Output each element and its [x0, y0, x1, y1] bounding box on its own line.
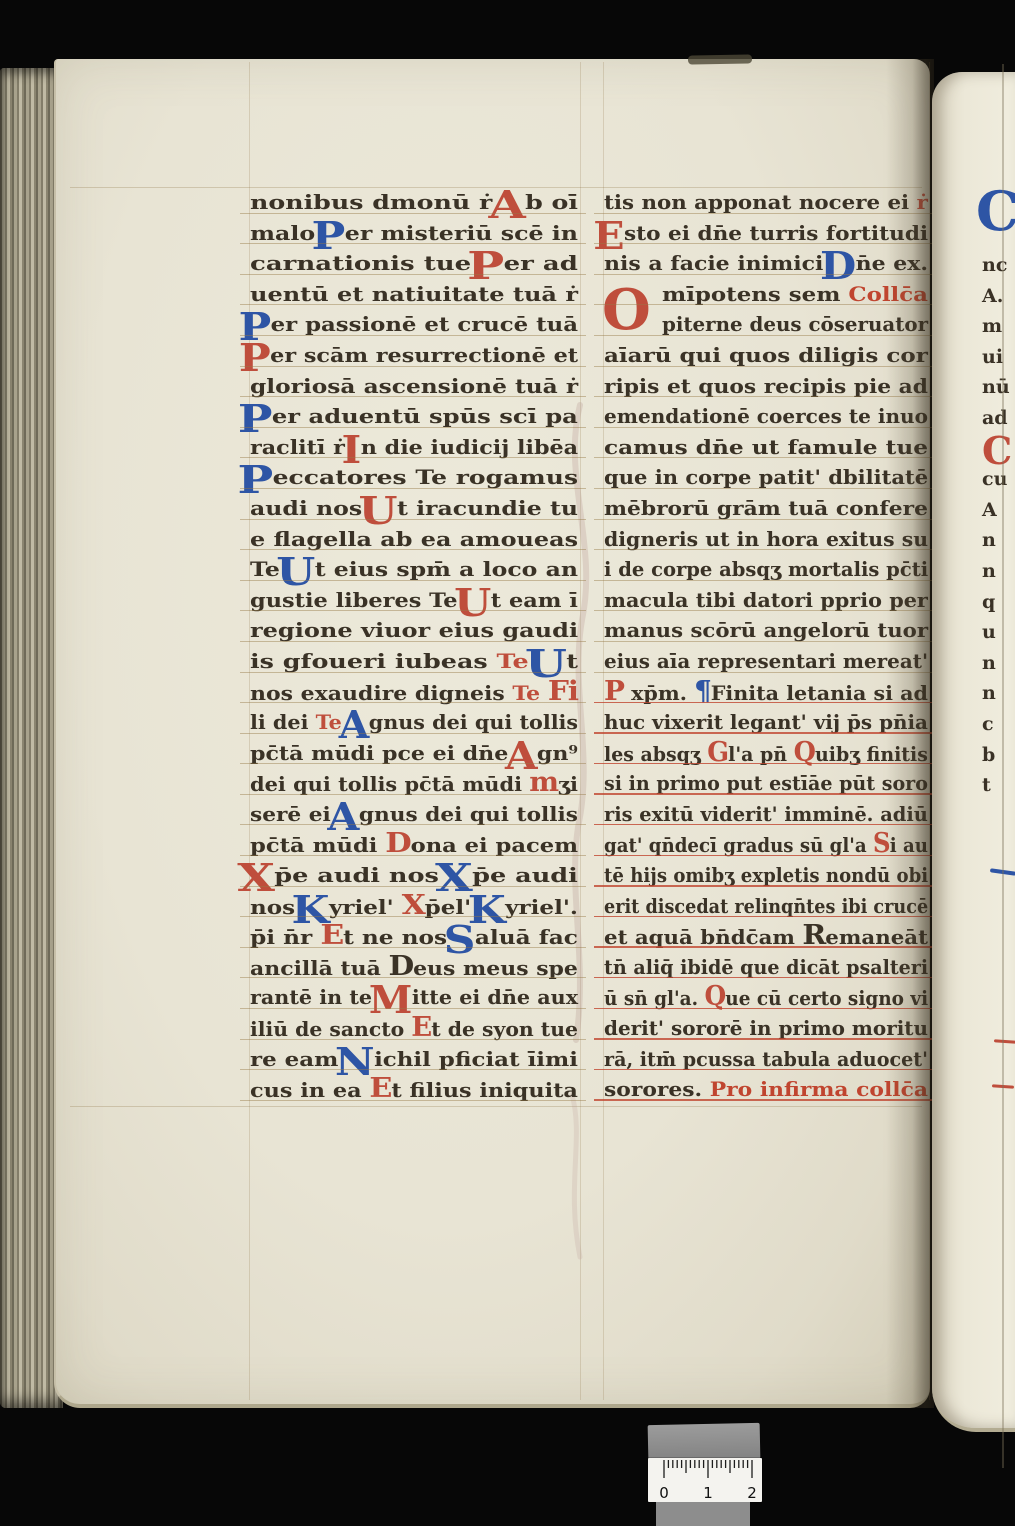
text-segment: emaneāt	[825, 925, 928, 949]
next-page-fragment: t	[982, 770, 1015, 801]
manuscript-line: manus scōrū angelorū tuor	[604, 615, 930, 646]
manuscript-line: eius aīa representari mereat'	[604, 646, 930, 677]
manuscript-line: Esto ei dn̄e turris fortitudi	[604, 218, 930, 249]
text-segment: pc̄tā mūdi pce ei dn̄e	[250, 741, 516, 765]
text-segment: re eam	[250, 1047, 346, 1071]
next-page-fragment: n	[982, 525, 1015, 556]
manuscript-line: i de corpe absqʒ mortalis pc̄ti	[604, 554, 930, 585]
next-page-fragment: m	[982, 311, 1015, 342]
manuscript-line: aīarū qui quos diligis cor	[604, 340, 930, 371]
manuscript-line: ripis et quos recipis pie ad	[604, 371, 930, 402]
text-segment: huc vixerit legant' vij p̄s pn̄ia	[604, 710, 928, 734]
text-segment: er aduentū spūs scī pa	[272, 404, 578, 428]
text-segment: gnus dei qui tollis	[359, 802, 578, 826]
manuscript-line: tn̄ aliq̄ ibidē que dicāt psalteri	[604, 952, 930, 983]
text-segment: n die iudicij libēa	[361, 435, 578, 459]
next-page-fragment: n	[982, 678, 1015, 709]
manuscript-line: nos exaudire digneis Te Fi	[250, 677, 580, 708]
text-segment: t	[566, 649, 578, 673]
manuscript-line: les absqʒ Gl'a pn̄ Quibʒ finitis	[604, 738, 930, 769]
manuscript-line: is gfoueri iubeas Te Ut	[250, 646, 580, 677]
cm-scale-ticks: 012	[648, 1458, 762, 1502]
text-segment: gustie liberes Te	[250, 588, 465, 612]
manuscript-line: gloriosā ascensionē tuā ṙ	[250, 371, 580, 402]
manuscript-line: pc̄tā mūdi Dona ei pacem	[250, 829, 580, 860]
text-segment: ue cū certo signo vi	[725, 986, 928, 1010]
text-segment: derit' sororē in primo moritu	[604, 1016, 928, 1040]
text-segment: mēbrorū grām tuā confere	[604, 496, 928, 520]
manuscript-line: piterne deus cōseruator	[604, 309, 930, 340]
text-segment: yriel'.	[505, 895, 578, 919]
text-segment: pc̄tā mūdi	[250, 833, 385, 857]
next-page-fragment: ui	[982, 342, 1015, 373]
manuscript-line: macula tibi datori pprio per	[604, 585, 930, 616]
manuscript-line: tis non apponat nocere ei ṙ	[604, 187, 930, 218]
manuscript-line: huc vixerit legant' vij p̄s pn̄ia	[604, 707, 930, 738]
manuscript-line: emendationē coerces te inuo	[604, 401, 930, 432]
text-segment: audi nos	[250, 496, 370, 520]
manuscript-line: P xp̄m. ¶Finita letania si ad	[604, 677, 930, 708]
text-segment: E	[320, 920, 343, 951]
text-segment: itte ei dn̄e aux	[412, 985, 578, 1009]
text-segment: aluā fac	[475, 925, 578, 949]
manuscript-line: malo Per misteriū scē in	[250, 218, 580, 249]
text-segment: tē hijs omibʒ expletis nondū obi	[604, 863, 928, 887]
manuscript-line: audi nos Ut iracundie tu	[250, 493, 580, 524]
text-segment: gloriosā ascensionē tuā ṙ	[250, 374, 578, 398]
text-segment: m	[529, 767, 558, 798]
text-segment: p̄e audi	[472, 863, 578, 887]
manuscript-line: erit discedat relinqn̄tes ibi crucē	[604, 891, 930, 922]
manuscript-line: tē hijs omibʒ expletis nondū obi	[604, 860, 930, 891]
manuscript-line: Per aduentū spūs scī pa	[250, 401, 580, 432]
manuscript-line: gustie liberes Te Ut eam ī	[250, 585, 580, 616]
next-page-fragment: n	[982, 648, 1015, 679]
text-segment: e flagella ab ea amoueas	[250, 527, 578, 551]
text-segment: aīarū qui quos diligis cor	[604, 343, 928, 367]
text-segment: ū sn̄ gl'a.	[604, 986, 704, 1010]
manuscript-line: dei qui tollis pc̄tā mūdi mʒi	[250, 768, 580, 799]
manuscript-line: rantē in te Mitte ei dn̄e aux	[250, 982, 580, 1013]
text-segment: i de corpe absqʒ mortalis pc̄ti	[604, 557, 928, 581]
text-segment: Collc̄a	[848, 282, 928, 306]
manuscript-line: serē ei Agnus dei qui tollis	[250, 799, 580, 830]
manuscript-line: cus in ea Et filius iniquita	[250, 1074, 580, 1105]
text-segment: ripis et quos recipis pie ad	[604, 374, 928, 398]
next-page-fragment: n	[982, 556, 1015, 587]
ruler-number: 0	[659, 1484, 669, 1502]
text-segment: rantē in te	[250, 985, 379, 1009]
text-segment: l'a pn̄	[728, 742, 793, 766]
manuscript-line: que in corpe patit' dbilitatē	[604, 462, 930, 493]
text-segment: Finita letania si ad	[711, 681, 928, 705]
text-segment: X	[402, 890, 425, 921]
text-segment: piterne deus cōseruator	[662, 312, 928, 336]
right-text-column: tis non apponat nocere ei ṙEsto ei dn̄e …	[604, 187, 930, 1105]
text-segment: li dei	[250, 710, 316, 734]
manuscript-line: raclitī ṙ In die iudicij libēa	[250, 432, 580, 463]
manuscript-line: gat' qn̄decī gradus sū gl'a Si au	[604, 829, 930, 860]
ruler-gray-foot	[656, 1502, 750, 1526]
manuscript-line: mēbrorū grām tuā confere	[604, 493, 930, 524]
text-segment: macula tibi datori pprio per	[604, 588, 928, 612]
text-segment: manus scōrū angelorū tuor	[604, 618, 928, 642]
manuscript-line: et aquā bn̄dc̄am Remaneāt	[604, 921, 930, 952]
next-page-fragment: A	[982, 495, 1015, 526]
text-segment: cus in ea	[250, 1078, 369, 1102]
ruler-gray-tab	[648, 1423, 761, 1461]
text-segment: yriel'	[329, 895, 402, 919]
ruler: 012	[646, 1424, 766, 1526]
text-segment: p̄e audi nos	[274, 863, 448, 887]
text-segment: Q	[794, 737, 815, 768]
manuscript-line: Te Ut eius spm̄ a loco an	[250, 554, 580, 585]
text-segment: nonibus dmonū ṙ	[250, 190, 501, 214]
text-segment: serē ei	[250, 802, 338, 826]
manuscript-line: carnationis tue Per ad	[250, 248, 580, 279]
ruler-scale: 012	[648, 1458, 762, 1502]
text-segment: eius aīa representari mereat'	[604, 649, 928, 673]
next-page-initial: C	[976, 184, 1015, 238]
text-segment: carnationis tue	[250, 251, 480, 275]
text-segment: tn̄ aliq̄ ibidē que dicāt psalteri	[604, 955, 928, 979]
text-segment: ṙ	[917, 190, 928, 214]
text-segment: gnus dei qui tollis	[369, 710, 578, 734]
text-segment: Te	[512, 681, 547, 705]
text-segment: uibʒ finitis	[815, 742, 928, 766]
text-segment: E	[369, 1073, 391, 1104]
manuscript-line: derit' sororē in primo moritu	[604, 1013, 930, 1044]
next-page-fragment: c	[982, 709, 1015, 740]
text-segment: les absqʒ	[604, 742, 707, 766]
text-segment: nos exaudire digneis	[250, 681, 512, 705]
text-segment: et aquā bn̄dc̄am	[604, 925, 802, 949]
manuscript-line: si in primo put estīāe pūt soro	[604, 768, 930, 799]
text-segment: Q	[704, 981, 725, 1012]
next-page-fragment: nc	[982, 250, 1015, 281]
manuscript-line: Peccatores Te rogamus	[250, 462, 580, 493]
text-segment: que in corpe patit' dbilitatē	[604, 465, 928, 489]
page-curl-edge	[1002, 64, 1004, 1468]
text-segment: R	[802, 920, 825, 951]
manuscript-line: iliū de sancto Et de syon tue	[250, 1013, 580, 1044]
text-segment: ¶	[694, 676, 711, 707]
text-segment: t filius iniquita	[391, 1078, 578, 1102]
text-segment: tis non apponat nocere ei	[604, 190, 917, 214]
page-deckle-mark	[688, 54, 752, 64]
text-segment: Pro infirma collc̄a	[710, 1077, 928, 1101]
text-segment: n̄e ex.	[856, 251, 928, 275]
ruler-number: 2	[747, 1484, 757, 1502]
next-page-text-fragments: ncA.muinūadCcuAnnqunncbt	[982, 250, 1015, 801]
text-segment: regione viuor eius gaudi	[250, 618, 578, 642]
text-segment: ona ei pacem	[411, 833, 579, 857]
manuscript-line: nonibus dmonū ṙ Ab oī	[250, 187, 580, 218]
manuscript-line: pc̄tā mūdi pce ei dn̄e Agn⁹	[250, 738, 580, 769]
text-segment: t eam ī	[491, 588, 578, 612]
line-filler-stroke	[994, 1039, 1015, 1044]
text-segment: t eius spm̄ a loco an	[315, 557, 578, 581]
next-page-fragment: C	[982, 434, 1015, 465]
next-page-fragment: b	[982, 740, 1015, 771]
left-text-column: nonibus dmonū ṙ Ab oīmalo Per misteriū s…	[250, 187, 580, 1105]
text-segment: gat' qn̄decī gradus sū gl'a	[604, 833, 873, 857]
text-segment: p̄i n̄r	[250, 925, 320, 949]
text-segment: sto ei dn̄e turris fortitudi	[624, 221, 928, 245]
text-segment: xp̄m.	[624, 681, 694, 705]
text-segment: P	[604, 676, 624, 707]
text-segment: ichil pficiat īimi	[374, 1047, 578, 1071]
manuscript-line: nis a facie inimici Dn̄e ex.	[604, 248, 930, 279]
text-segment: digneris ut in hora exitus su	[604, 527, 928, 551]
text-segment: Fi	[548, 676, 578, 707]
manuscript-line: Per passionē et crucē tuā	[250, 309, 580, 340]
manuscript-line: Per scām resurrectionē et	[250, 340, 580, 371]
text-segment: er passionē et crucē tuā	[271, 312, 578, 336]
text-segment: G	[707, 737, 728, 768]
text-segment: eccatores Te rogamus	[273, 465, 578, 489]
ruling-line-bottom	[70, 1106, 922, 1107]
text-segment: i au	[890, 833, 928, 857]
next-page-fragment: A.	[982, 281, 1015, 312]
text-segment: b oī	[525, 190, 578, 214]
manuscript-line: ris exitū viderit' imminē. adiū	[604, 799, 930, 830]
manuscript-line: uentū et natiuitate tuā ṙ	[250, 279, 580, 310]
manuscript-line: p̄i n̄r Et ne nos Saluā fac	[250, 921, 580, 952]
text-segment: eus meus spe	[413, 956, 578, 980]
text-segment: raclitī ṙ	[250, 435, 353, 459]
manuscript-line: re eam Nichil pficiat īimi	[250, 1044, 580, 1075]
manuscript-line: ū sn̄ gl'a. Que cū certo signo vi	[604, 982, 930, 1013]
text-segment: E	[411, 1012, 431, 1043]
text-segment: camus dn̄e ut famule tue	[604, 435, 928, 459]
next-page-fragment: nū	[982, 372, 1015, 403]
ruler-number: 1	[703, 1484, 713, 1502]
text-segment: ris exitū viderit' imminē. adiū	[604, 802, 928, 826]
text-segment: sorores.	[604, 1077, 710, 1101]
book-photo: nonibus dmonū ṙ Ab oīmalo Per misteriū s…	[0, 0, 1015, 1526]
text-segment: er scām resurrectionē et	[270, 343, 578, 367]
manuscript-line: Omīpotens sem Collc̄a	[604, 279, 930, 310]
manuscript-line: ancillā tuā Deus meus spe	[250, 952, 580, 983]
text-segment: S	[873, 828, 890, 859]
manuscript-line: rā, itm̄ pcussa tabula aduocet'	[604, 1044, 930, 1075]
text-segment: t de syon tue	[431, 1017, 578, 1041]
text-segment: dei qui tollis pc̄tā mūdi	[250, 772, 529, 796]
manuscript-line: camus dn̄e ut famule tue	[604, 432, 930, 463]
text-segment: er ad	[504, 251, 578, 275]
next-page-fragment: q	[982, 587, 1015, 618]
manuscript-line: sorores. Pro infirma collc̄a	[604, 1074, 930, 1105]
text-segment: si in primo put estīāe pūt soro	[604, 771, 928, 795]
manuscript-line: digneris ut in hora exitus su	[604, 524, 930, 555]
text-segment: erit discedat relinqn̄tes ibi crucē	[604, 894, 928, 918]
text-segment: gn⁹	[537, 741, 578, 765]
text-segment: is gfoueri iubeas	[250, 649, 497, 673]
text-segment: rā, itm̄ pcussa tabula aduocet'	[604, 1047, 928, 1071]
text-segment: t iracundie tu	[397, 496, 578, 520]
text-segment: D	[385, 828, 410, 859]
manuscript-line: nos Kyriel' Xp̄el' Kyriel'.	[250, 891, 580, 922]
text-segment: emendationē coerces te inuo	[604, 404, 928, 428]
text-segment: t ne nos	[343, 925, 455, 949]
text-segment: ancillā tuā	[250, 956, 388, 980]
text-segment: nis a facie inimici	[604, 251, 831, 275]
text-segment: er misteriū scē in	[345, 221, 578, 245]
text-segment: mīpotens sem	[662, 282, 848, 306]
text-segment: iliū de sancto	[250, 1017, 411, 1041]
text-segment: ʒi	[558, 772, 578, 796]
text-segment: uentū et natiuitate tuā ṙ	[250, 282, 578, 306]
next-page-fragment: u	[982, 617, 1015, 648]
